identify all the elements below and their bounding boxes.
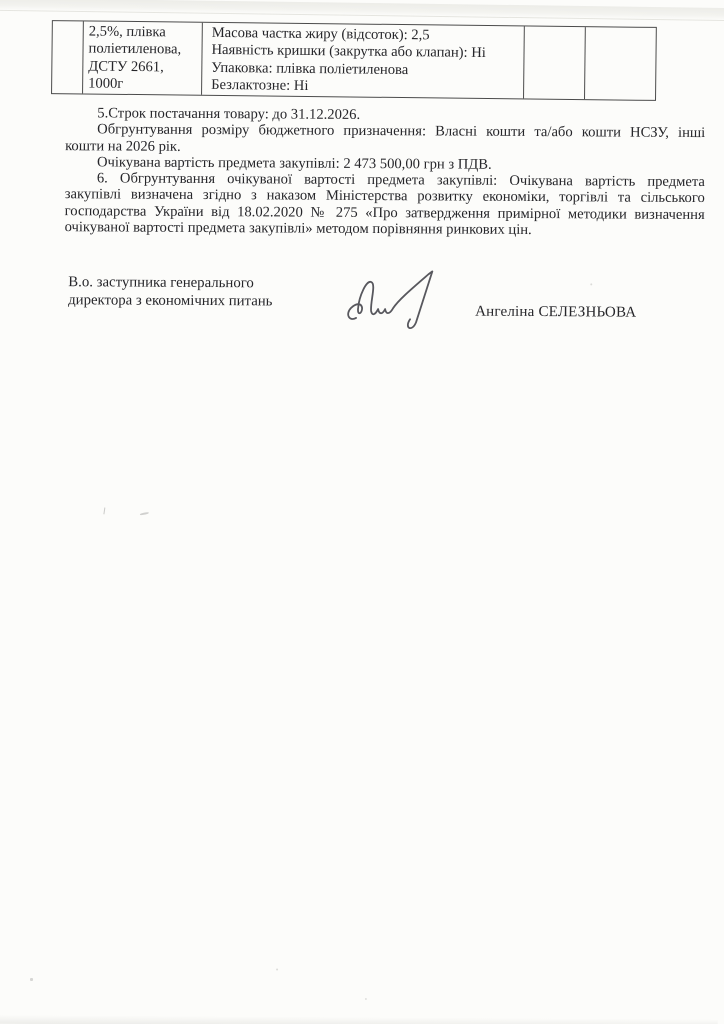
scan-speckle [276,968,278,970]
table-cell-empty-2 [585,27,656,100]
spec-line: Безлактозне: Ні [211,77,514,98]
item-line: поліетиленова, [88,41,196,60]
scan-noise-band-bottom [0,1015,718,1024]
item-line: 2,5%, плівка [89,23,197,42]
scan-speckle [590,283,592,285]
scan-noise-band-top [0,0,724,21]
document-body: 5.Строк постачання товару: до 31.12.2026… [65,105,706,239]
document-page: 2,5%, плівка поліетиленова, ДСТУ 2661, 1… [0,0,724,1024]
signatory-title-line: директора з економічних питань [68,292,318,311]
item-line: 1000г [88,76,196,95]
product-spec-table: 2,5%, плівка поліетиленова, ДСТУ 2661, 1… [51,20,657,101]
scan-speckle [103,507,105,514]
table-cell-empty-1 [524,26,586,99]
scanned-document-page: { "doc": { "table": { "item": { "lines":… [0,0,724,1024]
table-cell-specifications: Масова частка жиру (відсоток): 2,5 Наявн… [202,23,525,99]
signatory-title-line: В.о. заступника генерального [68,274,318,293]
scan-speckle [140,512,149,516]
table-cell-item-description: 2,5%, плівка поліетиленова, ДСТУ 2661, 1… [83,21,203,94]
signatory-name: Ангеліна СЕЛЕЗНЬОВА [475,304,636,322]
signature-handwritten [340,264,450,345]
item-line: ДСТУ 2661, [88,58,196,77]
scan-speckle [365,998,367,1000]
scan-speckle [30,978,33,981]
table-cell-row-number-empty [52,21,84,93]
signatory-title: В.о. заступника генерального директора з… [68,274,318,311]
